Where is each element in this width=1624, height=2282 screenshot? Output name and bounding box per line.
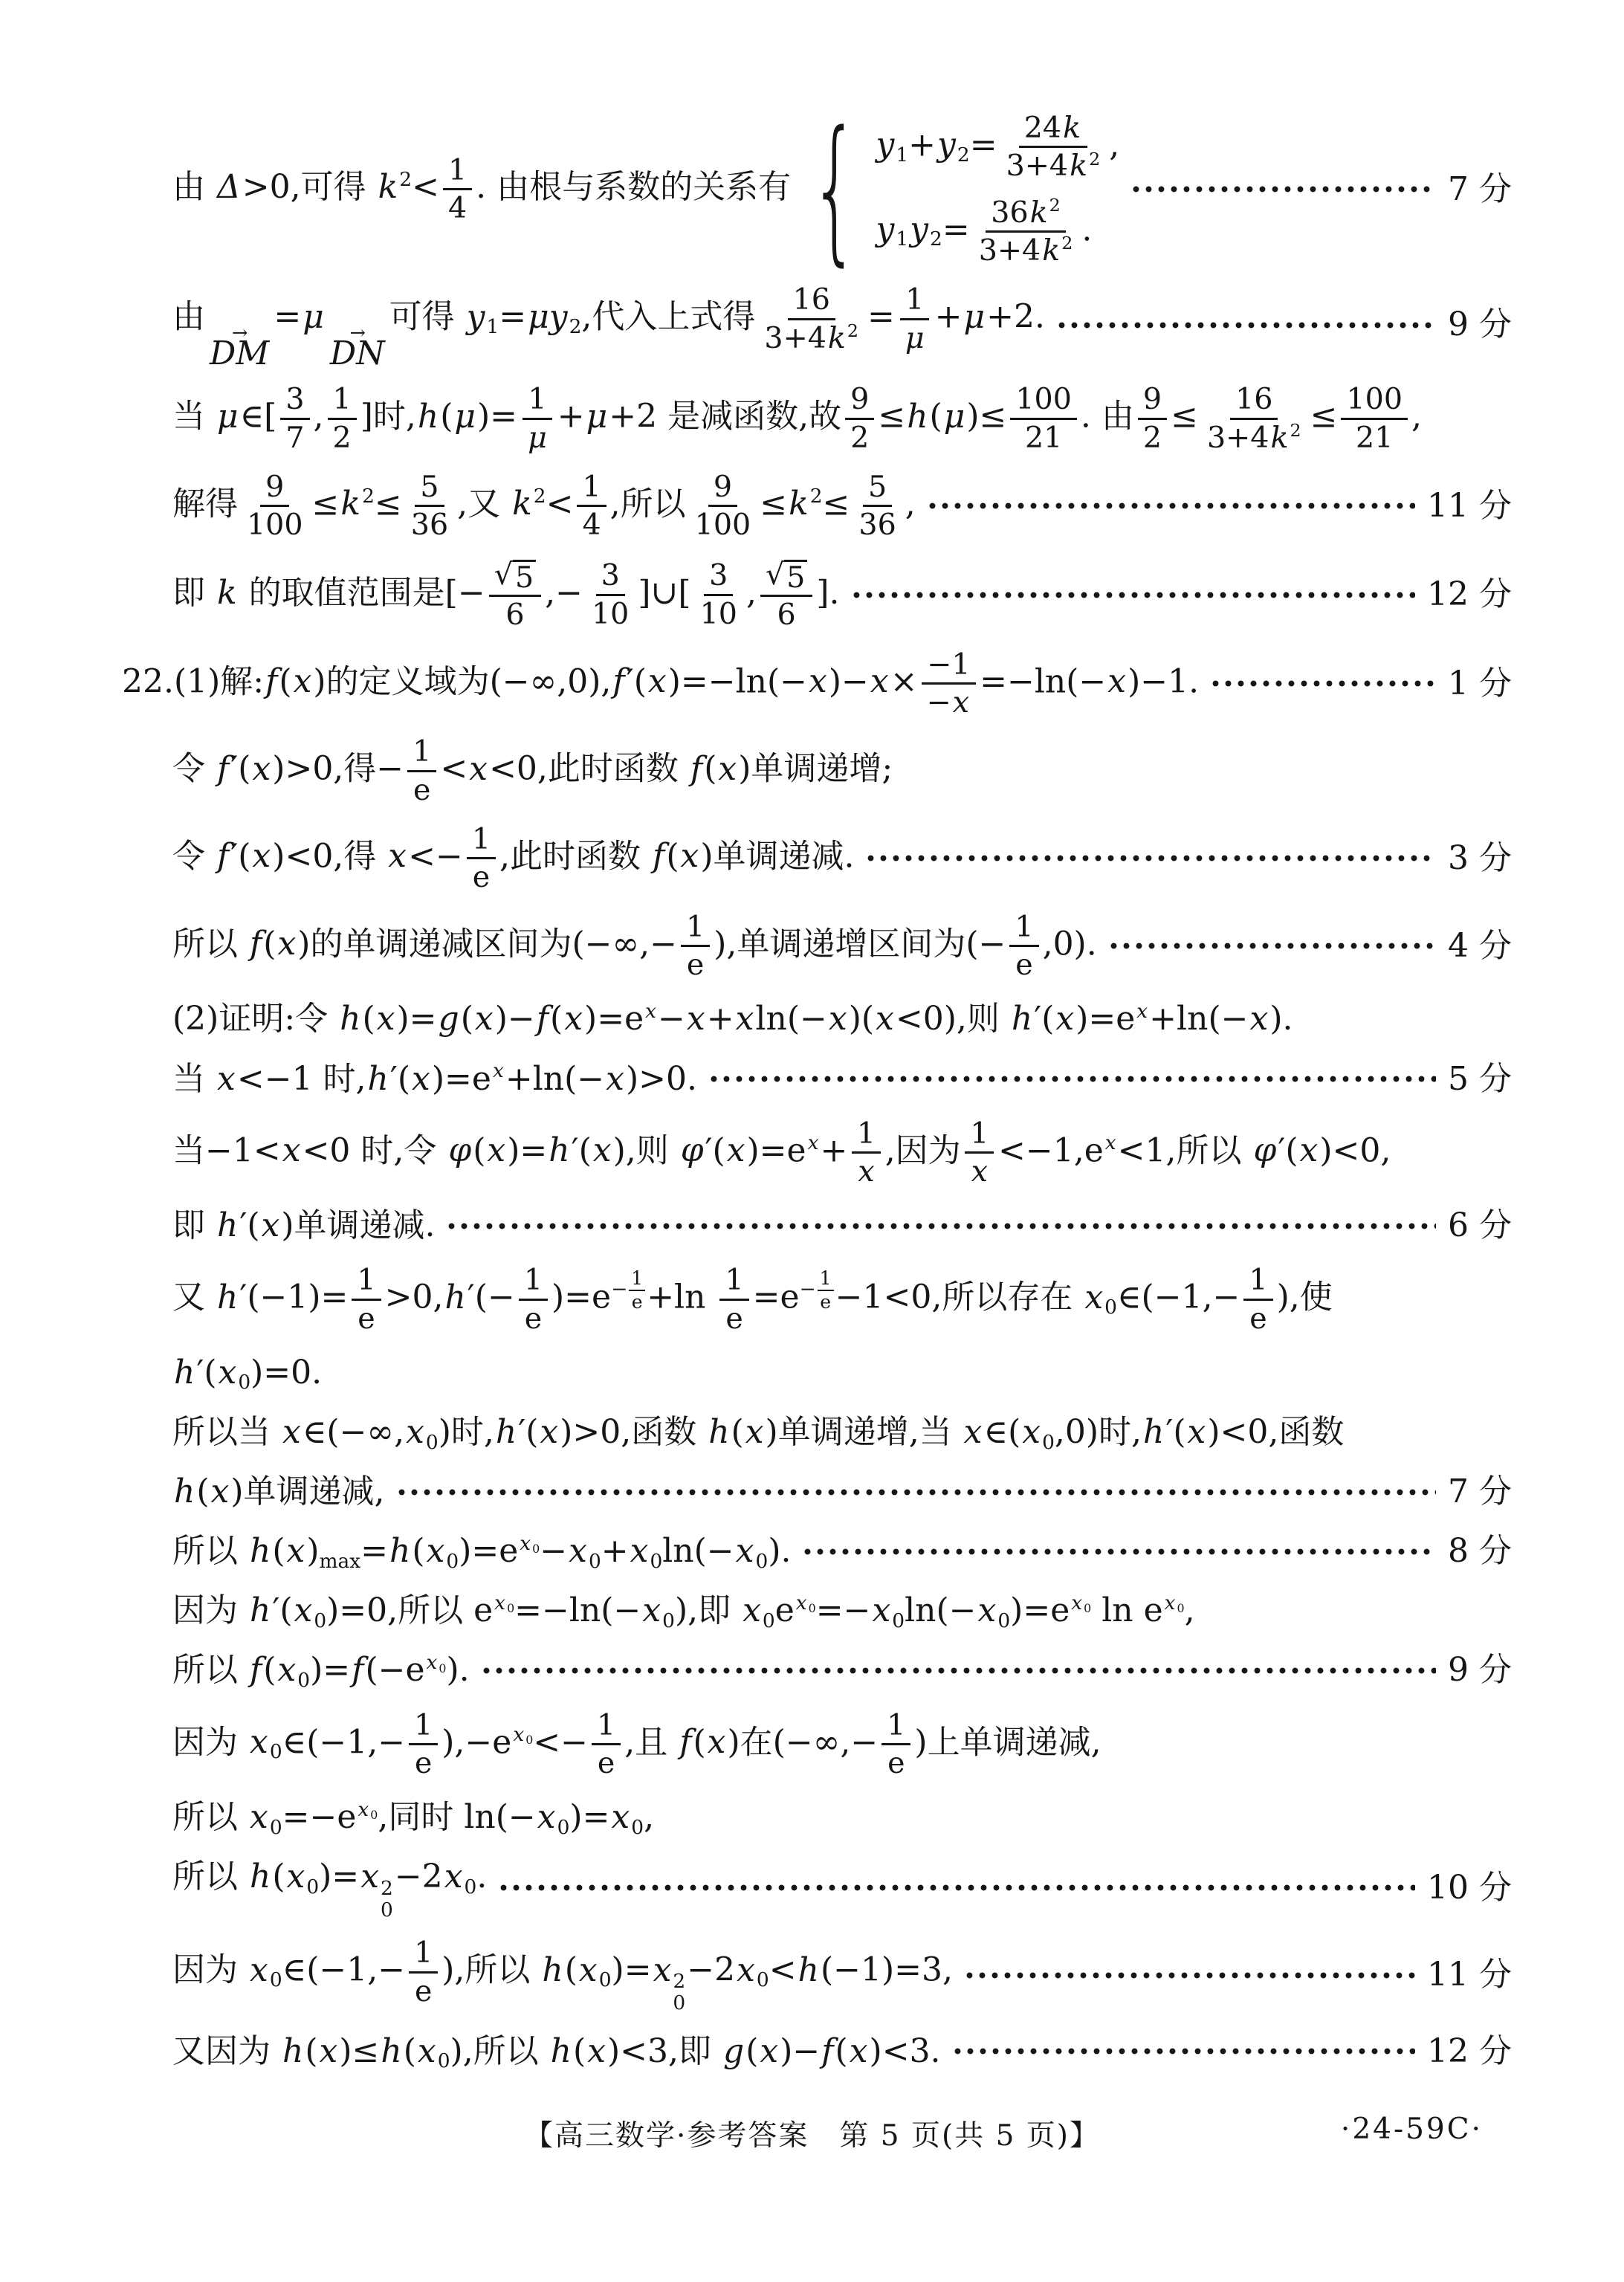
math-fragment: ,0)时, xyxy=(1055,1413,1142,1451)
math-fragment: ( xyxy=(565,1951,578,1989)
math-fragment: 310 xyxy=(695,559,743,630)
math-fragment: ′( xyxy=(627,662,647,700)
math-fragment: <− xyxy=(408,837,463,875)
math-fragment: ∈( xyxy=(984,1413,1021,1451)
score-label: 9 分 xyxy=(1448,1649,1512,1692)
line-content: 令 f′(x)<0,得 x<−1e,此时函数 f(x)单调递减. xyxy=(172,823,854,894)
math-fragment: x xyxy=(869,662,890,700)
score-label: 11 分 xyxy=(1427,1953,1512,1997)
math-fragment: − xyxy=(540,1532,567,1570)
math-fragment: φ xyxy=(1252,1131,1278,1169)
line-content: 因为 x0∈(−1,−1e),所以 h(x0)=x20−2x0<h(−1)=3, xyxy=(172,1936,953,2013)
exam-answer-page: 由 Δ>0,可得 k2<14. 由根与系数的关系有{y1+y2=24k3+4k2… xyxy=(0,0,1624,2282)
math-fragment: x xyxy=(473,1000,495,1038)
math-fragment: μ xyxy=(216,398,240,436)
math-fragment: 1e xyxy=(629,1268,645,1313)
math-fragment: 1 xyxy=(896,143,908,167)
line-content: 所以 x0=−ex0,同时 ln(−x0)=x0, xyxy=(172,1796,654,1839)
answer-line-4: 解得9100≤k2≤536,又 k2<14,所以9100≤k2≤536,11 分 xyxy=(172,471,1512,542)
math-fragment: , xyxy=(905,485,916,523)
math-fragment: 0 xyxy=(306,1878,319,1897)
math-fragment: )=e xyxy=(747,1131,806,1169)
math-fragment: −1e xyxy=(611,1268,647,1313)
math-fragment: x xyxy=(404,1413,426,1451)
math-fragment: μy xyxy=(526,298,569,336)
math-fragment: ( xyxy=(666,837,679,875)
math-fragment: − xyxy=(658,1000,685,1038)
math-fragment: x xyxy=(644,1002,658,1021)
math-fragment: 0 xyxy=(1104,1298,1117,1317)
math-fragment: 10021 xyxy=(1010,383,1077,454)
math-fragment: 10021 xyxy=(1341,383,1408,454)
math-fragment: , xyxy=(644,1798,654,1836)
math-fragment: ),则 xyxy=(613,1131,679,1169)
line-content: 当 x<−1 时,h′(x)=ex+ln(−x)>0. xyxy=(172,1058,697,1101)
math-fragment: h xyxy=(281,2032,305,2070)
math-fragment: x0 xyxy=(518,1534,540,1555)
answer-line-1: 由 Δ>0,可得 k2<14. 由根与系数的关系有{y1+y2=24k3+4k2… xyxy=(172,111,1512,267)
math-fragment: ln e xyxy=(1091,1591,1162,1629)
line-content: 所以 h(x0)=x20−2x0. xyxy=(172,1855,487,1920)
math-fragment: 1 xyxy=(414,1936,433,1970)
math-fragment: x xyxy=(679,837,700,875)
math-fragment: x xyxy=(1106,662,1128,700)
math-fragment: ( xyxy=(272,1532,285,1570)
math-fragment: , xyxy=(1411,398,1422,436)
math-fragment: x xyxy=(293,1591,314,1629)
math-fragment: x xyxy=(518,1532,532,1555)
math-fragment: 2 xyxy=(381,1877,393,1900)
math-fragment: 22.(1)解: xyxy=(122,662,264,700)
math-fragment: − xyxy=(800,1278,816,1301)
math-fragment: ′( xyxy=(196,1354,216,1391)
math-fragment: 2 xyxy=(1049,197,1061,215)
math-fragment: ( xyxy=(305,2032,317,2070)
math-fragment: 0 xyxy=(1177,1603,1185,1614)
math-fragment: g xyxy=(437,1000,461,1038)
math-fragment: 0 xyxy=(306,1875,319,1898)
math-fragment: 2 xyxy=(810,487,823,506)
math-fragment: 0 xyxy=(1042,1433,1055,1452)
math-fragment: ′( xyxy=(572,1131,592,1169)
math-fragment: ′(−1)= xyxy=(239,1279,348,1316)
math-fragment: 0 xyxy=(532,1543,540,1555)
math-fragment: Δ xyxy=(216,168,242,206)
math-fragment: φ xyxy=(447,1131,473,1169)
math-fragment: 36 xyxy=(411,508,448,542)
math-fragment: √56 xyxy=(760,558,812,632)
math-fragment: 0 xyxy=(270,1971,282,1990)
math-fragment: f xyxy=(611,662,626,700)
math-fragment: +ln xyxy=(647,1279,716,1316)
math-fragment: 10 xyxy=(700,597,737,631)
math-fragment: y xyxy=(875,126,896,164)
math-fragment: x xyxy=(806,1131,821,1154)
answer-line-17: h(x)单调递减,7 分 xyxy=(172,1470,1512,1513)
dotted-leader xyxy=(445,1223,1436,1229)
math-fragment: 1e xyxy=(407,735,436,807)
math-fragment: x xyxy=(647,662,668,700)
math-fragment: )= xyxy=(310,1651,350,1689)
cases-brace: { xyxy=(810,125,860,253)
math-fragment: + xyxy=(908,126,936,164)
math-fragment: μ xyxy=(942,398,967,436)
math-fragment: ′( xyxy=(239,1206,259,1244)
math-fragment: )的单调递减区间为(−∞,− xyxy=(297,925,677,963)
answer-line-13: 即 h′(x)单调递减.6 分 xyxy=(172,1204,1512,1247)
math-fragment: ( xyxy=(835,2032,848,2070)
math-fragment: x xyxy=(493,1591,507,1614)
math-fragment: x xyxy=(1186,1413,1208,1451)
math-fragment: × xyxy=(890,662,918,700)
math-fragment: x xyxy=(795,1591,809,1614)
math-fragment: )的定义域为(−∞,0), xyxy=(313,662,611,700)
math-fragment: x xyxy=(425,1651,439,1674)
line-content: 由 Δ>0,可得 k2<14. 由根与系数的关系有{y1+y2=24k3+4k2… xyxy=(172,111,1119,267)
answer-line-23: 所以 h(x0)=x20−2x0.10 分 xyxy=(172,1855,1512,1920)
math-fragment: )时, xyxy=(439,1413,494,1451)
math-fragment: x xyxy=(652,1951,673,1989)
math-fragment: −2 xyxy=(395,1858,443,1895)
math-fragment: h xyxy=(388,1532,412,1570)
math-fragment: ,此时函数 xyxy=(499,837,651,875)
math-fragment: < xyxy=(412,168,439,206)
math-fragment: 2 xyxy=(1061,233,1073,253)
math-fragment: h xyxy=(379,2032,403,2070)
math-fragment: 2 xyxy=(333,421,352,455)
line-content: 22.(1)解:f(x)的定义域为(−∞,0),f′(x)=−ln(−x)−x×… xyxy=(122,648,1199,720)
math-fragment: x xyxy=(276,1651,297,1689)
math-fragment: 可得 xyxy=(389,298,465,336)
math-fragment: 1e xyxy=(1009,911,1038,982)
math-fragment: 所以 xyxy=(172,1532,248,1570)
math-fragment: x xyxy=(963,1413,984,1451)
math-fragment: e xyxy=(725,1302,743,1336)
math-fragment: 1 xyxy=(1249,1263,1267,1297)
math-fragment: 0 xyxy=(1084,1603,1091,1614)
math-fragment: 536 xyxy=(853,471,901,542)
math-fragment: 9 xyxy=(714,470,732,504)
math-fragment: h xyxy=(248,1591,272,1629)
math-fragment: x xyxy=(1104,1134,1118,1153)
math-fragment: 所以 xyxy=(172,1651,248,1689)
square-root: √5 xyxy=(494,560,536,594)
math-fragment: ,代入上式得 xyxy=(581,298,755,336)
math-fragment: x xyxy=(758,2032,780,2070)
line-content: 所以 f(x)的单调递减区间为(−∞,−1e),单调递增区间为(−1e,0). xyxy=(172,911,1097,982)
math-fragment: 0 xyxy=(599,1968,612,1991)
math-fragment: f xyxy=(535,1000,550,1038)
math-fragment: =−ln(− xyxy=(980,662,1106,700)
math-fragment: )−1. xyxy=(1128,662,1199,700)
score-label: 4 分 xyxy=(1448,925,1512,968)
math-fragment: ′( xyxy=(230,750,250,788)
math-fragment: )=0. xyxy=(250,1354,322,1391)
math-fragment: x xyxy=(951,685,971,720)
math-fragment: )单调递增,当 xyxy=(766,1413,963,1451)
math-fragment: ( xyxy=(930,398,942,436)
math-fragment: ( xyxy=(731,1413,744,1451)
math-fragment: = xyxy=(970,126,997,164)
math-fragment: x xyxy=(359,1858,381,1895)
math-fragment: ,同时 ln(− xyxy=(378,1798,535,1836)
math-fragment: 2 xyxy=(957,143,970,167)
math-fragment: x xyxy=(1083,1279,1104,1316)
math-fragment: ( xyxy=(693,1723,706,1761)
math-fragment: 由 xyxy=(172,168,216,206)
answer-line-8: 令 f′(x)<0,得 x<−1e,此时函数 f(x)单调递减.3 分 xyxy=(172,823,1512,894)
math-fragment: 1 xyxy=(357,1263,375,1297)
math-fragment: x xyxy=(1163,1591,1177,1614)
math-fragment: 10 xyxy=(592,597,629,631)
math-fragment: )<0, xyxy=(1319,1131,1391,1169)
math-fragment: )=e xyxy=(432,1060,491,1098)
math-fragment: x xyxy=(260,1206,282,1244)
math-fragment: 1 xyxy=(448,153,467,187)
answer-line-14: 又 h′(−1)=1e>0,h′(−1e)=e−1e+ln 1e=e−1e−1<… xyxy=(172,1264,1512,1335)
math-fragment: ]时, xyxy=(360,398,416,436)
math-fragment: 36 xyxy=(858,508,896,542)
math-fragment: ln(− xyxy=(755,1000,826,1038)
math-fragment: x0 xyxy=(511,1725,533,1746)
math-fragment: 1e xyxy=(409,1709,438,1780)
math-fragment: h xyxy=(216,1206,239,1244)
score-label: 8 分 xyxy=(1448,1530,1512,1573)
math-fragment: )≤ xyxy=(339,2032,379,2070)
math-fragment: 1 xyxy=(820,1267,832,1289)
math-fragment: 0 xyxy=(1084,1601,1091,1615)
math-fragment: )− xyxy=(780,2032,820,2070)
math-fragment: x xyxy=(685,1000,707,1038)
math-fragment: 0 xyxy=(1042,1431,1055,1454)
math-fragment: max xyxy=(320,1552,361,1571)
math-fragment: + xyxy=(557,398,585,436)
line-content: 因为 h′(x0)=0,所以 ex0=−ln(−x0),即 x0ex0=−x0l… xyxy=(172,1589,1195,1632)
math-fragment: x xyxy=(734,1000,756,1038)
square-root: √5 xyxy=(766,560,807,594)
math-fragment: − xyxy=(927,685,951,720)
math-fragment: <0,此时函数 xyxy=(489,750,689,788)
math-fragment: 0 xyxy=(557,1818,570,1837)
math-fragment: 0 xyxy=(997,1612,1010,1631)
math-fragment: <1,所以 xyxy=(1118,1131,1252,1169)
math-fragment: 21 xyxy=(1356,421,1393,455)
math-fragment: x xyxy=(563,1000,584,1038)
math-fragment: +ln(− xyxy=(505,1060,604,1098)
math-fragment: 0 xyxy=(892,1612,905,1631)
math-fragment: 1e xyxy=(881,1709,910,1780)
dotted-leader xyxy=(497,1884,1415,1891)
math-fragment: )单调递增; xyxy=(738,750,893,788)
math-fragment: 0 xyxy=(270,1816,282,1839)
math-fragment: x xyxy=(538,1413,560,1451)
math-fragment: )= xyxy=(612,1951,652,1989)
math-fragment: )单调递减. xyxy=(281,1206,435,1244)
math-fragment: x xyxy=(248,1723,270,1761)
math-fragment: ,所以 xyxy=(610,485,686,523)
math-fragment: h xyxy=(905,398,929,436)
math-fragment: x xyxy=(567,1532,589,1570)
math-fragment: k xyxy=(216,574,239,612)
answer-line-11: 当 x<−1 时,h′(x)=ex+ln(−x)>0.5 分 xyxy=(172,1058,1512,1101)
math-fragment: ( xyxy=(279,662,291,700)
math-fragment: . 由 xyxy=(1081,398,1134,436)
math-fragment: 9 xyxy=(265,470,284,504)
math-fragment: < xyxy=(546,485,574,523)
line-content: 由→DM=μ→DN可得 y1=μy2,代入上式得163+4k2=1μ+μ+2. xyxy=(172,283,1045,366)
math-fragment: 1 xyxy=(857,1116,876,1151)
math-fragment: )=e xyxy=(1010,1591,1070,1629)
math-fragment: ∈[ xyxy=(240,398,277,436)
math-fragment: 6 xyxy=(777,598,796,632)
math-fragment: , xyxy=(1185,1591,1195,1629)
math-fragment: 0 xyxy=(673,1991,685,2014)
math-fragment: 所以当 xyxy=(172,1413,281,1451)
math-fragment: x xyxy=(644,1000,658,1023)
math-fragment: k xyxy=(511,485,534,523)
math-fragment: 0 xyxy=(297,1669,310,1692)
math-fragment: 1x xyxy=(851,1117,881,1189)
math-fragment: x xyxy=(735,1951,757,1989)
math-fragment: ′( xyxy=(705,1131,725,1169)
math-fragment: x xyxy=(386,837,408,875)
math-fragment: ≤ xyxy=(312,485,340,523)
math-fragment: x xyxy=(281,1131,303,1169)
math-fragment: ln(− xyxy=(662,1532,734,1570)
math-fragment: 0 xyxy=(238,1373,250,1392)
math-fragment: = xyxy=(274,298,301,336)
math-fragment: x xyxy=(734,1532,756,1570)
math-fragment: ln(− xyxy=(905,1591,976,1629)
math-fragment: ( xyxy=(704,750,716,788)
math-fragment: 2 xyxy=(362,485,375,508)
math-fragment: x xyxy=(210,1473,231,1510)
dotted-leader xyxy=(951,2048,1415,2055)
math-fragment: h xyxy=(248,1532,272,1570)
math-fragment: 0 xyxy=(756,1552,769,1571)
math-fragment: )<0,函数 xyxy=(1207,1413,1344,1451)
math-fragment: )=e xyxy=(1075,1000,1135,1038)
math-fragment: <0),则 xyxy=(896,1000,1010,1038)
math-fragment: 0 xyxy=(1104,1296,1117,1319)
math-fragment: ( xyxy=(550,1000,563,1038)
math-fragment: x xyxy=(1248,1000,1269,1038)
math-fragment: 0 xyxy=(381,1898,393,1921)
math-fragment: x0 xyxy=(795,1594,816,1614)
dotted-leader xyxy=(864,855,1436,862)
dotted-leader xyxy=(708,1076,1436,1082)
math-fragment: ]∪[ xyxy=(638,574,690,612)
line-content: h′(x0)=0. xyxy=(172,1351,322,1394)
math-fragment: 1 xyxy=(472,822,491,856)
page-footer: 【高三数学·参考答案 第 5 页(共 5 页)】 ·24-59C· xyxy=(0,2113,1624,2157)
math-fragment: x xyxy=(970,1154,989,1189)
math-fragment: 2 xyxy=(534,485,546,508)
math-fragment: 2 xyxy=(1143,421,1162,455)
math-fragment: 1 xyxy=(896,146,908,165)
math-fragment: 2 xyxy=(1089,149,1100,169)
math-fragment: 2 xyxy=(1049,195,1061,216)
math-fragment: 0 xyxy=(270,1740,282,1763)
math-fragment: 2 xyxy=(847,320,858,341)
math-fragment: −1<0,所以存在 xyxy=(835,1279,1084,1316)
answer-sheet: 由 Δ>0,可得 k2<14. 由根与系数的关系有{y1+y2=24k3+4k2… xyxy=(172,111,1512,2089)
line-content: 又 h′(−1)=1e>0,h′(−1e)=e−1e+ln 1e=e−1e−1<… xyxy=(172,1264,1333,1335)
math-fragment: k xyxy=(787,485,810,523)
math-fragment: x xyxy=(1104,1131,1118,1154)
math-fragment: x xyxy=(977,1591,998,1629)
math-fragment: x xyxy=(629,1532,650,1570)
math-fragment: 37 xyxy=(280,383,309,454)
math-fragment: 2 xyxy=(930,230,942,249)
math-fragment: 0 xyxy=(370,1808,378,1822)
math-fragment: x0 xyxy=(493,1594,514,1614)
equation-system: {y1+y2=24k3+4k2,y1y2=36k23+4k2. xyxy=(792,111,1119,267)
math-fragment: 2 xyxy=(847,323,858,340)
math-fragment: h xyxy=(494,1413,518,1451)
math-fragment: (2)证明:令 xyxy=(172,1000,338,1038)
math-fragment: ( xyxy=(473,1131,485,1169)
math-fragment: 2 xyxy=(399,168,412,191)
math-fragment: e xyxy=(415,1746,432,1780)
math-fragment: h xyxy=(216,1279,239,1316)
math-fragment: 0 xyxy=(662,1612,675,1631)
math-fragment: 1 xyxy=(1015,910,1033,944)
math-fragment: e xyxy=(775,1591,795,1629)
math-fragment: f xyxy=(248,925,263,963)
math-fragment: 14 xyxy=(577,471,606,542)
answer-line-7: 令 f′(x)>0,得−1e<x<0,此时函数 f(x)单调递增; xyxy=(172,735,1512,807)
math-fragment: x xyxy=(356,1798,370,1821)
math-fragment: 因为 xyxy=(172,1723,248,1761)
math-fragment: 1 xyxy=(905,282,924,317)
math-fragment: )>0,得− xyxy=(272,750,404,788)
math-fragment: y xyxy=(465,298,487,336)
math-fragment: )>0. xyxy=(626,1060,697,1098)
math-fragment: 100 xyxy=(247,508,303,542)
math-fragment: . xyxy=(1081,210,1092,248)
math-fragment: )=e xyxy=(551,1279,611,1316)
math-fragment: 2 xyxy=(1290,420,1301,441)
math-fragment: 2 xyxy=(673,1970,685,1993)
math-fragment: ∈(−1,− xyxy=(282,1951,405,1989)
math-fragment: )= xyxy=(569,1798,609,1836)
math-fragment: e xyxy=(632,1291,643,1313)
math-fragment: ( xyxy=(412,1532,424,1570)
math-fragment: x xyxy=(806,1134,821,1153)
math-fragment: 2 xyxy=(569,315,582,338)
math-fragment: 0 xyxy=(446,1552,459,1571)
answer-line-2: 由→DM=μ→DN可得 y1=μy2,代入上式得163+4k2=1μ+μ+2.9… xyxy=(172,283,1512,366)
math-fragment: x xyxy=(807,662,829,700)
math-fragment: ,且 xyxy=(624,1723,678,1761)
math-fragment: ′(− xyxy=(468,1279,515,1316)
math-fragment: =− xyxy=(816,1591,871,1629)
score-label: 7 分 xyxy=(1448,1470,1512,1513)
math-fragment: x0 xyxy=(1163,1594,1185,1614)
math-fragment: 0 xyxy=(446,1550,459,1573)
dotted-leader xyxy=(395,1489,1437,1496)
math-fragment: 2 xyxy=(1290,422,1301,440)
math-fragment: 92 xyxy=(845,383,874,454)
math-fragment: )上单调递减, xyxy=(914,1723,1101,1761)
math-fragment: < xyxy=(440,750,468,788)
math-fragment: x xyxy=(1020,1413,1042,1451)
math-fragment: <0 时,令 xyxy=(303,1131,447,1169)
math-fragment: e xyxy=(525,1302,542,1336)
line-content: 解得9100≤k2≤536,又 k2<14,所以9100≤k2≤536, xyxy=(172,471,916,542)
math-fragment: h xyxy=(416,398,440,436)
